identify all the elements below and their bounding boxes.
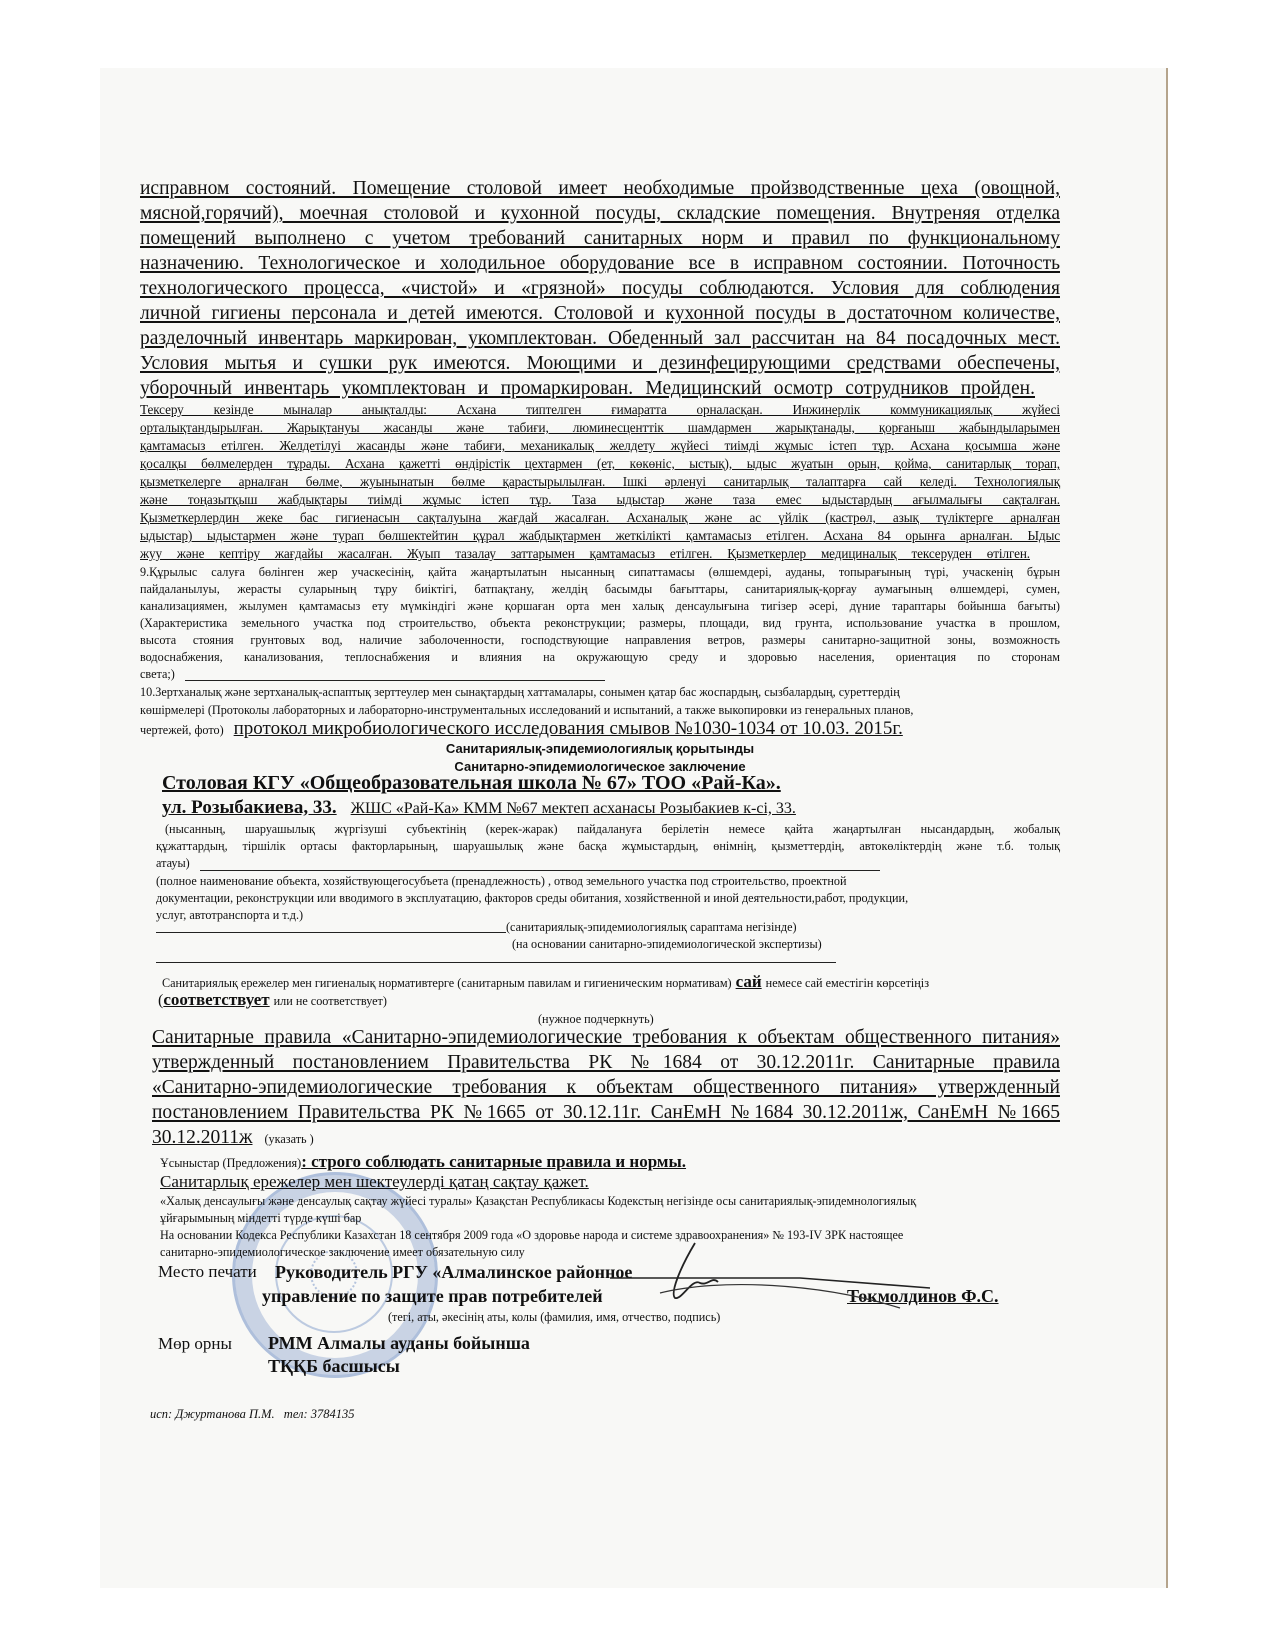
proposals-label: Ұсыныстар (Предложения)	[160, 1156, 301, 1170]
text-line: Санитарные правила «Санитарно-эпидемиоло…	[152, 1027, 1060, 1049]
text-line: канализациямен, жылумен қамтамасыз ету м…	[140, 599, 1060, 614]
text-line: «Халық денсаулығы және денсаулық сақтау …	[160, 1194, 1080, 1209]
blank-line	[156, 932, 506, 933]
signatory-title-kz-line2: ТҚҚБ басшысы	[268, 1356, 1188, 1377]
compliance-selected-kz: сай	[736, 972, 762, 991]
basis-kz: (санитариялық-эпидемиологиялық сараптама…	[506, 920, 1275, 935]
text-line: 10.Зертханалық және зертханалық-аспаптық…	[140, 685, 1060, 700]
hint-line: құжаттардың, тіршілік ортасы факторларын…	[156, 839, 1060, 854]
compliance-note: (нужное подчеркнуть)	[538, 1012, 1275, 1027]
executor-name: исп: Джуртанова П.М.	[150, 1407, 275, 1421]
conclusion-title-kz: Санитариялық-эпидемиологиялық қорытынды	[140, 741, 1060, 756]
object-address: ул. Розыбакиева, 33.	[162, 797, 337, 818]
text-line: водоснабжения, канализования, теплоснабж…	[140, 650, 1060, 665]
hint-line: документации, реконструкции или вводимог…	[156, 891, 1076, 906]
text-line: көшірмелері (Протоколы лабораторных и ла…	[140, 703, 1060, 718]
blank-line	[185, 680, 605, 681]
text-line: (Характеристика земельного участка под с…	[140, 616, 1060, 631]
text-line: назначению. Технологическое и холодильно…	[140, 253, 1060, 275]
text-line: ыдыстар) ыдыстармен және турап бөлшектей…	[140, 528, 1060, 544]
text-line: личной гигиены персонала и детей имеются…	[140, 303, 1060, 325]
hint-line: (нысанның, шаруашылық жүргізуші субъекті…	[165, 822, 1060, 837]
proposals-value-ru: : строго соблюдать санитарные правила и …	[301, 1152, 686, 1171]
text-line: Условия мытья и сушки рук имеются. Моющи…	[140, 353, 1060, 375]
object-address-kz: ЖШС «Рай-Ка» КММ №67 мектеп асханасы Роз…	[351, 800, 796, 817]
compliance-prompt: Санитариялық ережелер мен гигиеналық нор…	[162, 976, 732, 990]
text-line: пайдаланылуы, жерасты суларының тұру биі…	[140, 582, 1060, 597]
protocol-value: протокол микробиологического исследовани…	[234, 718, 903, 739]
text-line: высота стояния грунтовых вод, наличие за…	[140, 633, 1060, 648]
compliance-alt-ru: или не соответствует)	[274, 994, 387, 1008]
handwritten-signature	[600, 1238, 940, 1318]
text-line: 30.12.2011ж	[152, 1127, 253, 1148]
hint-line: атауы)	[156, 856, 1076, 871]
executor-footer: исп: Джуртанова П.М. тел: 3784135	[150, 1407, 1070, 1422]
text-line: Қызметкерлердин жеке бас гигиенасын сақт…	[140, 510, 1060, 526]
signatory-title-kz-line1: РММ Алмалы ауданы бойынша	[268, 1333, 1188, 1354]
text-line: утвержденный постановлением Правительств…	[152, 1052, 1060, 1074]
text-line: 9.Құрылыс салуға бөлінген жер учаскесіні…	[140, 565, 1060, 580]
compliance-selected-ru: соответствует	[163, 990, 269, 1009]
text-line: қамтамасыз етілген. Желдетілуі жасанды ж…	[140, 438, 1060, 454]
proposals-value-kz: Санитарлық ережелер мен шектеулерді қата…	[160, 1172, 1080, 1192]
text-line: технологического процесса, «чистой» и «г…	[140, 278, 1060, 300]
object-name: Столовая КГУ «Общеобразовательная школа …	[162, 772, 1082, 795]
text-line: қызметкелерге арналған бөлме, жуынынатын…	[140, 474, 1060, 490]
field-label: чертежей, фото)	[140, 723, 224, 737]
field-hint: (указать )	[265, 1132, 314, 1146]
text-line: Тексеру кезінде мыналар анықталды: Асхан…	[140, 402, 1060, 418]
text-line: помещений выполнено с учетом требований …	[140, 228, 1060, 250]
blank-line	[156, 962, 836, 963]
text-line: ұйғарымының міндетті түрде күші бар	[160, 1211, 1080, 1226]
text-line: исправном состояний. Помещение столовой …	[140, 178, 1060, 200]
compliance-alt-kz: немесе сай еместігін көрсетіңіз	[766, 976, 929, 990]
executor-phone: тел: 3784135	[284, 1407, 355, 1421]
text-line: жуу және кептіру жағдайы жасалған. Жуып …	[140, 546, 1030, 562]
text-line: разделочный инвентарь маркирован, укомпл…	[140, 328, 1060, 350]
text-line: қосалқы бөлмелерден тұрады. Асхана қажет…	[140, 456, 1060, 472]
text-line: мясной,горячий), моечная столовой и кухо…	[140, 203, 1060, 225]
text-line: орталықтандырылған. Жарықтануы жасанды ж…	[140, 420, 1060, 436]
hint-line: (полное наименование объекта, хозяйствую…	[156, 874, 1076, 889]
blank-line	[200, 870, 880, 871]
text-line: және тоңазытқыш жабдықтары тиімді жұмыс …	[140, 492, 1060, 508]
basis-ru: (на основании санитарно-эпидемиологическ…	[512, 937, 1275, 952]
text-line: уборочный инвентарь укомплектован и пром…	[140, 378, 1035, 400]
text-line: «Санитарно-эпидемиологические требования…	[152, 1077, 1060, 1099]
text-line: постановлением Правительства РК №1665 от…	[152, 1102, 1060, 1124]
